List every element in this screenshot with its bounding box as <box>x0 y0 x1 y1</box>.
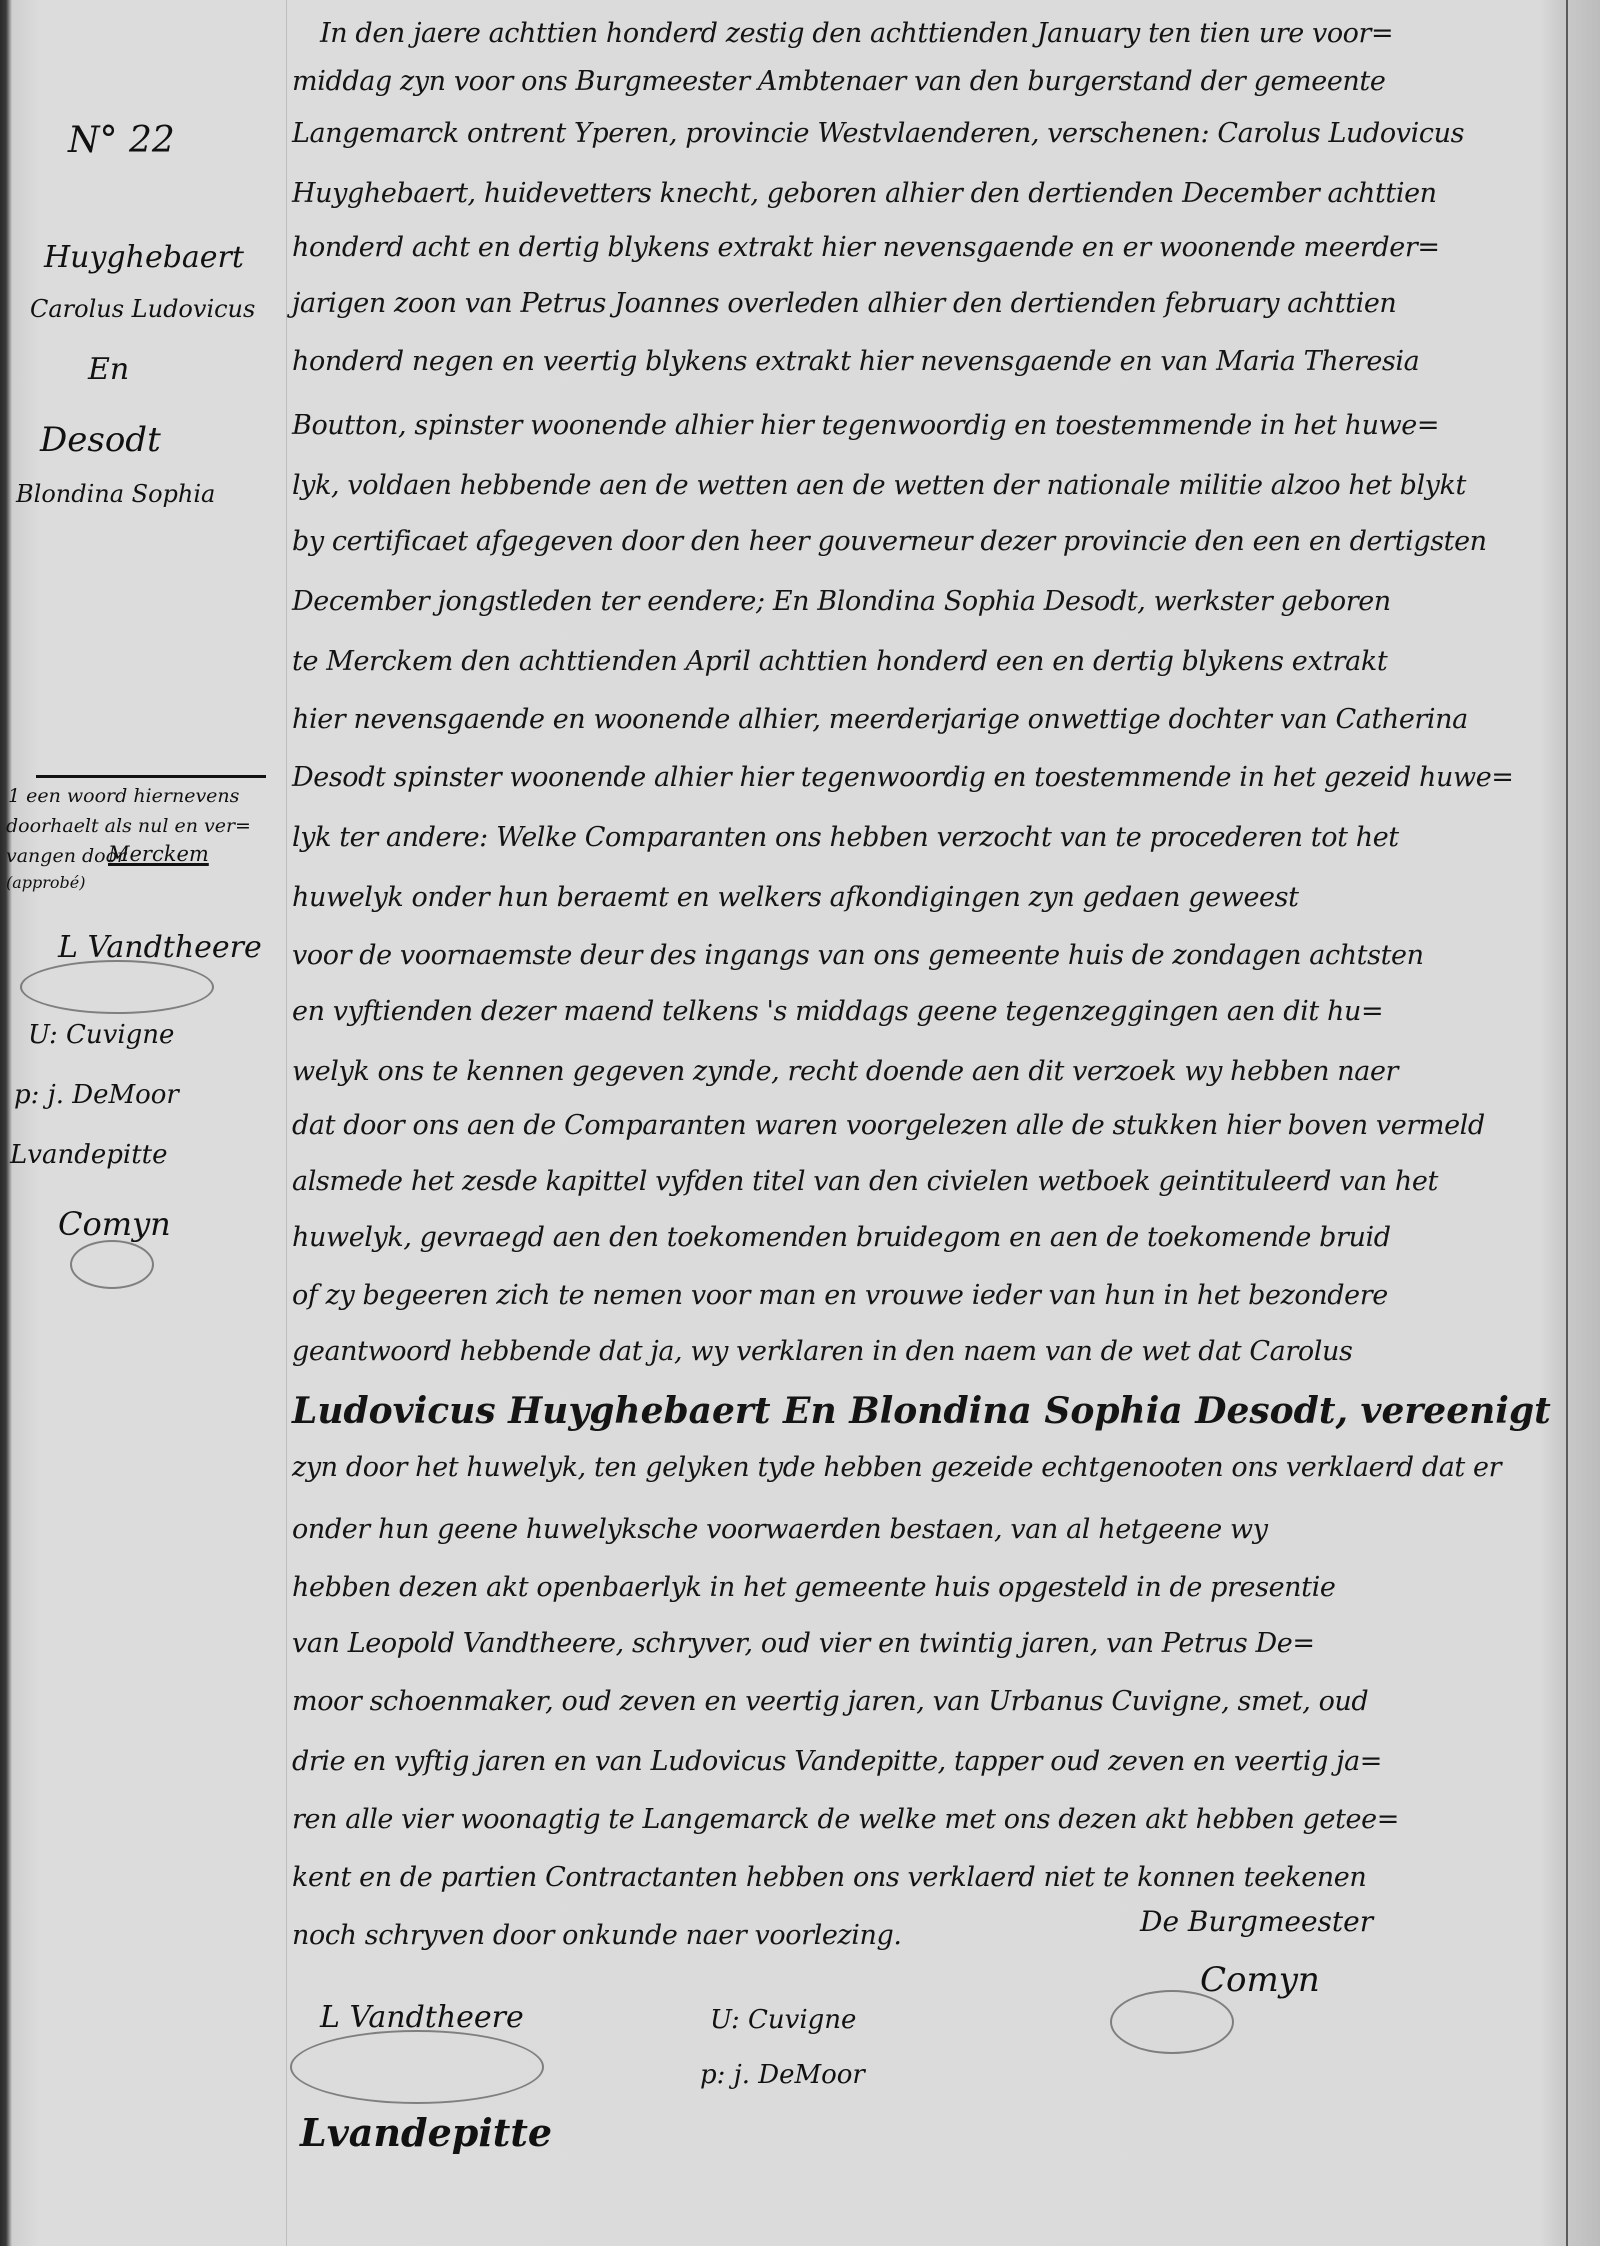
margin-signature-vandtheere: L Vandtheere <box>58 930 262 965</box>
body-line: hier nevensgaende en woonende alhier, me… <box>292 704 1542 735</box>
margin-signature-demoor: p: j. DeMoor <box>14 1080 179 1110</box>
margin-signature-vandepitte: Lvandepitte <box>10 1140 167 1170</box>
body-line: kent en de partien Contractanten hebben … <box>292 1862 1542 1893</box>
body-line: middag zyn voor ons Burgmeester Ambtenae… <box>292 66 1542 97</box>
burgomaster-signature: Comyn <box>1200 1960 1320 2000</box>
body-line: huwelyk, gevraegd aen den toekomenden br… <box>292 1222 1542 1253</box>
correction-word: Merckem <box>108 842 209 866</box>
witness-signature-demoor: p: j. DeMoor <box>700 2060 865 2090</box>
body-line: by certificaet afgegeven door den heer g… <box>292 526 1542 557</box>
signature-flourish <box>70 1240 154 1289</box>
signature-flourish <box>20 960 214 1014</box>
margin-bride-surname: Desodt <box>40 420 161 460</box>
margin-groom-surname: Huyghebaert <box>44 240 244 275</box>
margin-conjunction: En <box>88 352 129 387</box>
body-line: jarigen zoon van Petrus Joannes overlede… <box>292 288 1542 319</box>
body-line: Huyghebaert, huidevetters knecht, gebore… <box>292 178 1542 209</box>
note-top-rule <box>36 775 266 778</box>
body-line: van Leopold Vandtheere, schryver, oud vi… <box>292 1628 1542 1659</box>
body-line: hebben dezen akt openbaerlyk in het geme… <box>292 1572 1542 1603</box>
signature-flourish <box>1110 1990 1234 2054</box>
body-line: geantwoord hebbende dat ja, wy verklaren… <box>292 1336 1542 1367</box>
body-line: of zy begeeren zich te nemen voor man en… <box>292 1280 1542 1311</box>
body-line: te Merckem den achttienden April achttie… <box>292 646 1542 677</box>
body-line: Langemarck ontrent Yperen, provincie Wes… <box>292 118 1542 149</box>
body-line: zyn door het huwelyk, ten gelyken tyde h… <box>292 1452 1542 1483</box>
body-line: lyk, voldaen hebbende aen de wetten aen … <box>292 470 1542 501</box>
signature-flourish <box>290 2030 544 2104</box>
body-line: lyk ter andere: Welke Comparanten ons he… <box>292 822 1542 853</box>
body-line: Boutton, spinster woonende alhier hier t… <box>292 410 1542 441</box>
body-line: en vyftienden dezer maend telkens 's mid… <box>292 996 1542 1027</box>
body-line: drie en vyftig jaren en van Ludovicus Va… <box>292 1746 1542 1777</box>
record-number: N° 22 <box>68 120 175 161</box>
correction-note-line-1: 1 een woord hiernevens <box>8 785 239 807</box>
body-line: welyk ons te kennen gegeven zynde, recht… <box>292 1056 1542 1087</box>
body-line: In den jaere achttien honderd zestig den… <box>320 18 1570 49</box>
margin-groom-given-names: Carolus Ludovicus <box>30 295 255 323</box>
official-title: De Burgmeester <box>1140 1905 1373 1938</box>
body-line: dat door ons aen de Comparanten waren vo… <box>292 1110 1542 1141</box>
body-line: huwelyk onder hun beraemt en welkers afk… <box>292 882 1542 913</box>
body-line: December jongstleden ter eendere; En Blo… <box>292 586 1542 617</box>
body-line: honderd acht en dertig blykens extrakt h… <box>292 232 1542 263</box>
body-line: Desodt spinster woonende alhier hier teg… <box>292 762 1542 793</box>
body-line: voor de voornaemste deur des ingangs van… <box>292 940 1542 971</box>
witness-signature-cuvigne: U: Cuvigne <box>710 2005 856 2035</box>
body-line: moor schoenmaker, oud zeven en veertig j… <box>292 1686 1542 1717</box>
margin-rule <box>286 0 287 2246</box>
correction-note-line-2: doorhaelt als nul en ver= <box>6 815 251 837</box>
body-line: ren alle vier woonagtig te Langemarck de… <box>292 1804 1542 1835</box>
margin-signature-cuvigne: U: Cuvigne <box>28 1020 174 1050</box>
spouses-names-line: Ludovicus Huyghebaert En Blondina Sophia… <box>292 1390 1542 1432</box>
body-line: onder hun geene huwelyksche voorwaerden … <box>292 1514 1542 1545</box>
margin-signature-comyn: Comyn <box>58 1205 171 1243</box>
body-line: honderd negen en veertig blykens extrakt… <box>292 346 1542 377</box>
witness-signature-vandepitte: Lvandepitte <box>300 2110 552 2155</box>
body-line: alsmede het zesde kapittel vyfden titel … <box>292 1166 1542 1197</box>
approval-note: (approbé) <box>6 873 86 892</box>
document-page: N° 22 Huyghebaert Carolus Ludovicus En D… <box>0 0 1600 2246</box>
page-edge-rule <box>1566 0 1568 2246</box>
margin-bride-given-names: Blondina Sophia <box>16 480 215 508</box>
